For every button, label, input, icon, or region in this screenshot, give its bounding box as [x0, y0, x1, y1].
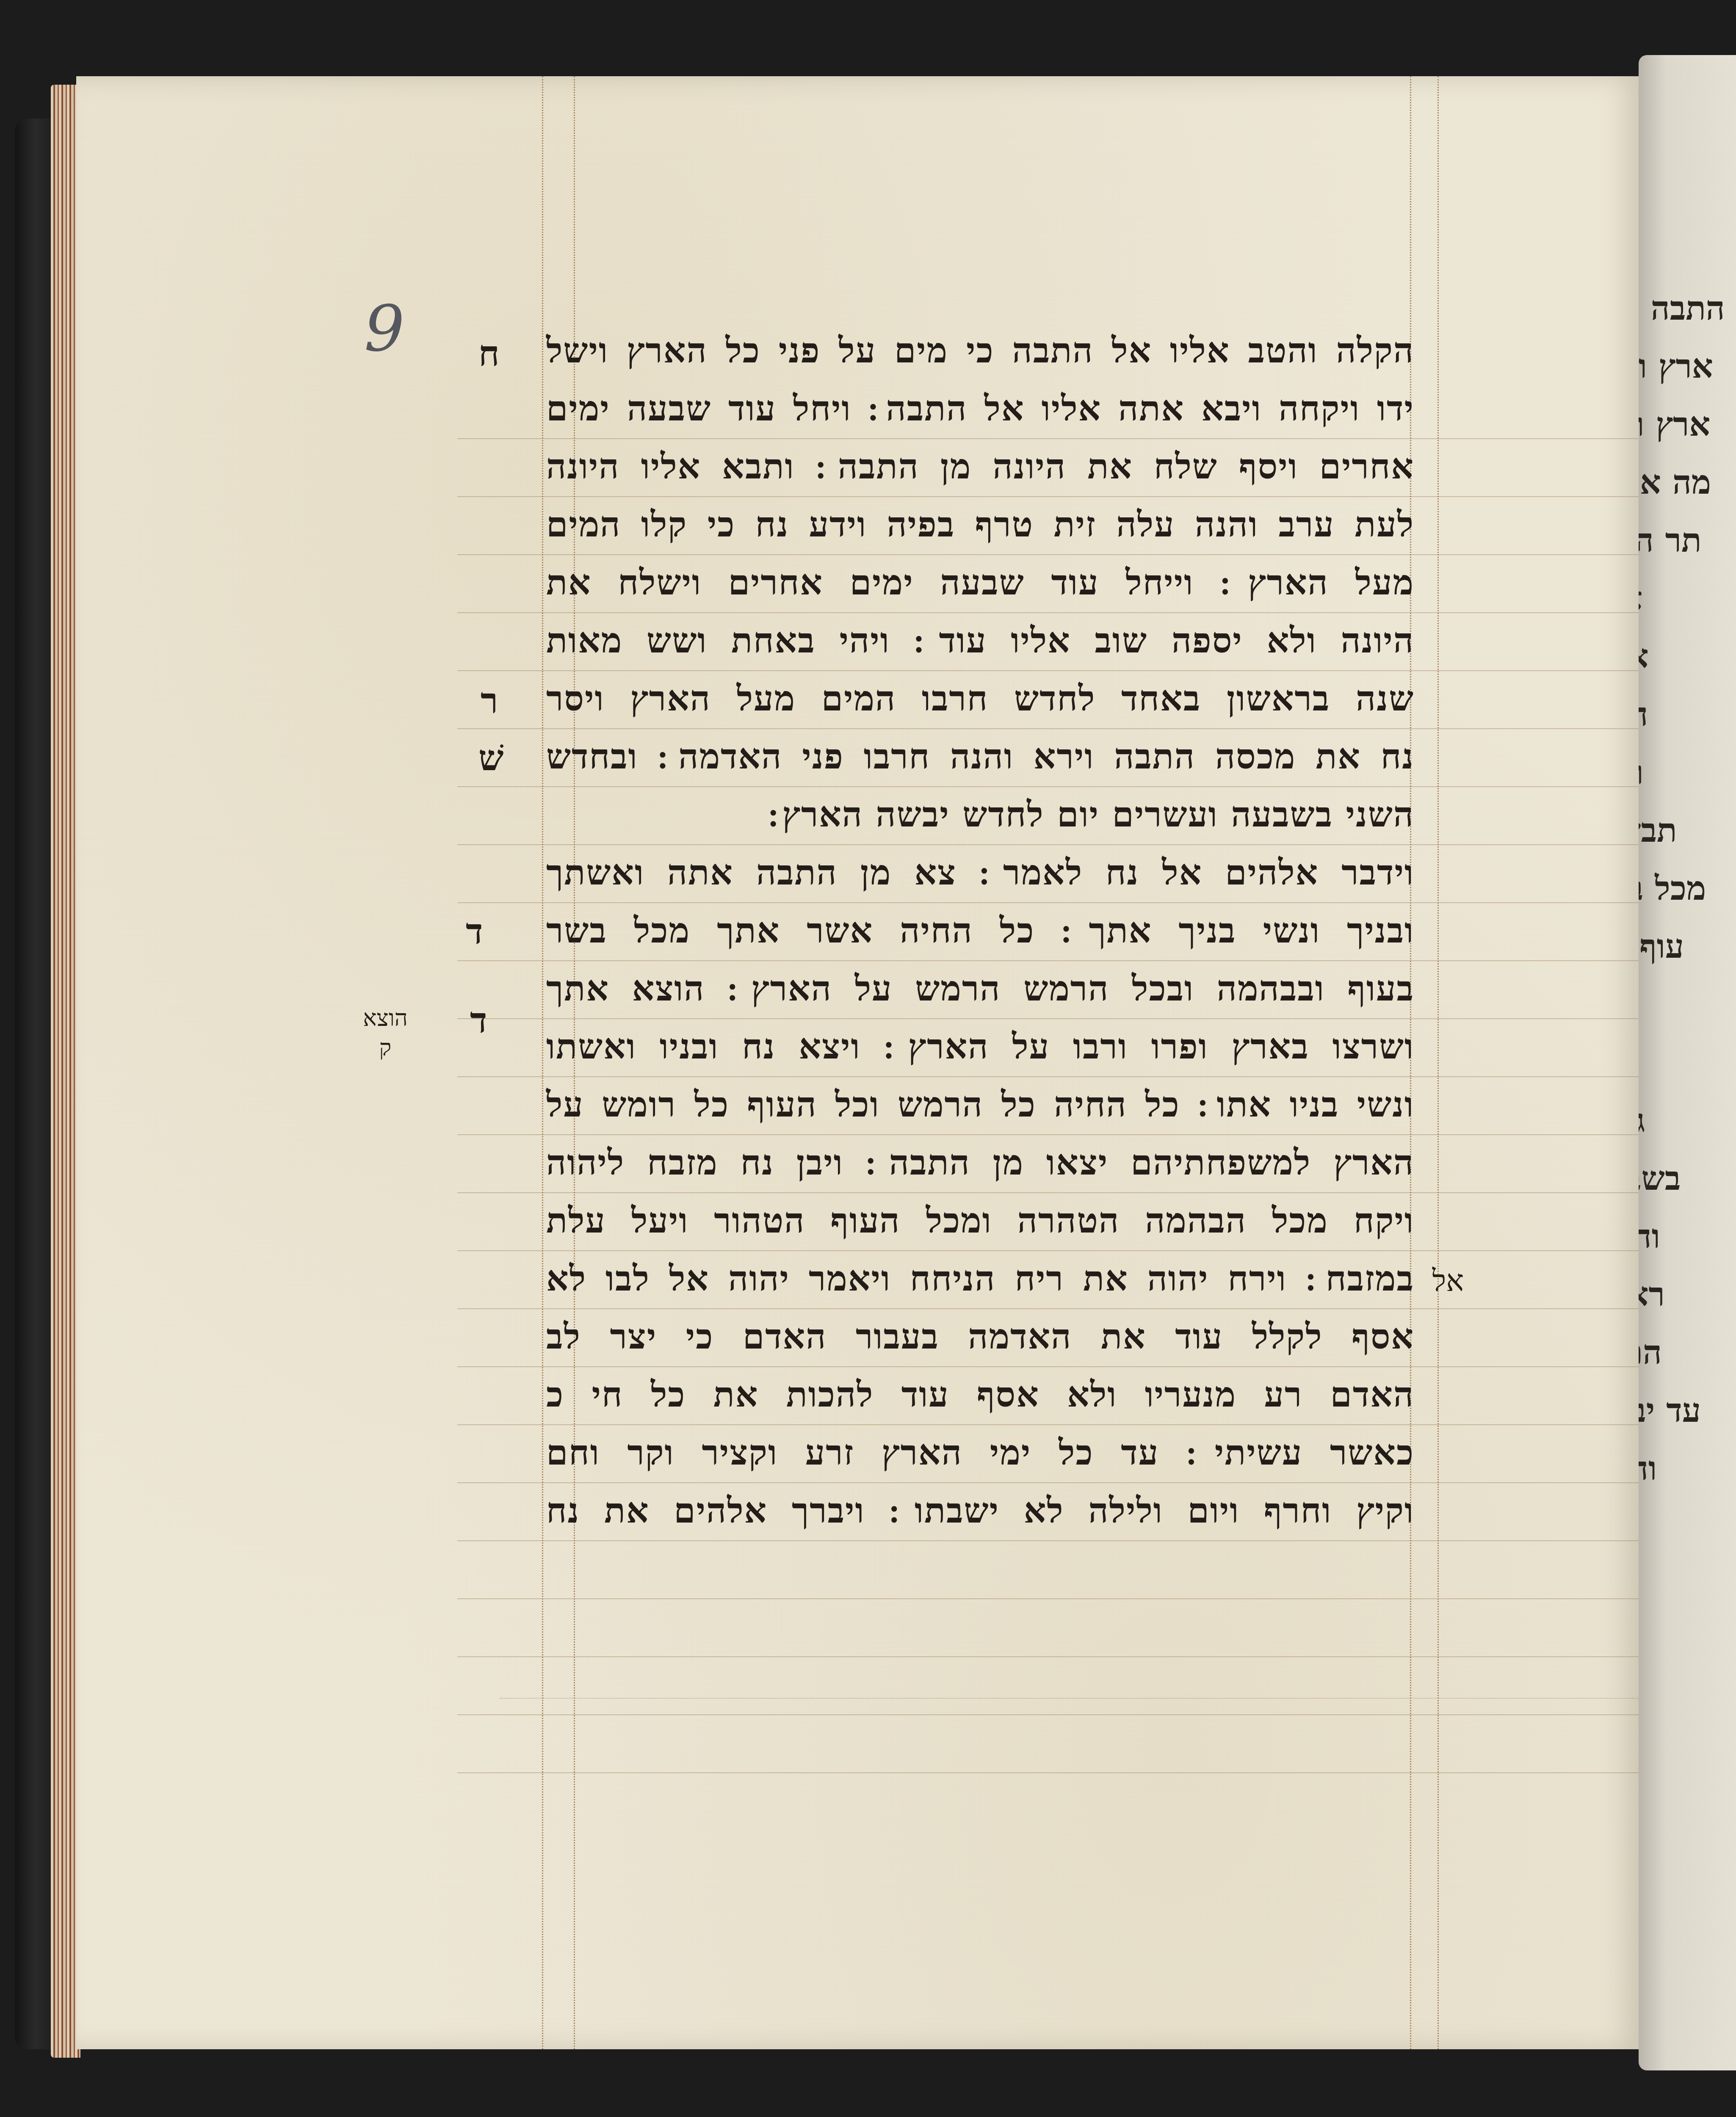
- facing-line: התבה: [1639, 1324, 1736, 1382]
- facing-line: והקול: [1639, 1440, 1736, 1498]
- text-line: לעת ערב והנה עלה זית טרף בפיה וידע נח כי…: [546, 496, 1414, 554]
- facing-line: תבשנה: [1639, 801, 1736, 860]
- margin-note-qere: הוצא ק: [343, 1003, 428, 1063]
- facing-line: עוף ובב: [1639, 918, 1736, 976]
- text-line: הארץ למשפחתיהם יצאו מן התבה ׃ ויבן נח מז…: [546, 1134, 1414, 1192]
- facing-page: התבה וגרב ארץ והלך ארץ ויבש מה אבתב תר ה…: [1639, 55, 1736, 2070]
- facing-line: בני: [1639, 1034, 1736, 1092]
- text-line: וידבר אלהים אל נח לאמר ׃ צא מן התבה אתה …: [546, 844, 1414, 902]
- text-line: במזבח ׃ וירח יהוה את ריח הניחח ויאמר יהו…: [546, 1250, 1414, 1308]
- text-line: ויקח מכל הבהמה הטהרה ומכל העוף הטהור ויע…: [546, 1192, 1414, 1250]
- text-line: ונשי בניו אתו ׃ כל החיה כל הרמש וכל העוף…: [546, 1076, 1414, 1134]
- facing-line: גיעה: [1639, 1092, 1736, 1150]
- text-line: מעל הארץ ׃ וייחל עוד שבעה ימים אחרים ויש…: [546, 554, 1414, 612]
- text-line: אסף לקלל עוד את האדמה בעבור האדם כי יצר …: [546, 1308, 1414, 1366]
- facing-line: ארץ: [1639, 569, 1736, 627]
- facing-line: ראשר: [1639, 1266, 1736, 1324]
- text-line: הקלה והטב אליו אל התבה כי מים על פני כל …: [546, 322, 1414, 380]
- text-line: ושרצו בארץ ופרו ורבו על הארץ ׃ ויצא נח ו…: [546, 1018, 1414, 1076]
- margin-letter: ד: [466, 910, 483, 953]
- facing-line: בניו: [1639, 976, 1736, 1034]
- folio-number: 9: [364, 292, 404, 366]
- margin-letter: שׁ: [478, 737, 503, 779]
- text-line: ובניך ונשי בניך אתך ׃ כל החיה אשר אתך מכ…: [546, 902, 1414, 960]
- text-line: היונה ולא יספה שוב אליו עוד ׃ ויהי באחת …: [546, 612, 1414, 670]
- main-text-column: הקלה והטב אליו אל התבה כי מים על פני כל …: [546, 322, 1414, 1540]
- facing-line: מכל בשר: [1639, 860, 1736, 918]
- margin-note-right: אל: [1414, 1266, 1482, 1296]
- text-line: בעוף ובבהמה ובכל הרמש הרמש על הארץ ׃ הוצ…: [546, 960, 1414, 1018]
- facing-line: תר היונה: [1639, 511, 1736, 569]
- text-line: השני בשבעה ועשרים יום לחדש יבשה הארץ ׃: [546, 786, 1414, 844]
- facing-page-text: התבה וגרב ארץ והלך ארץ ויבש מה אבתב תר ה…: [1639, 279, 1736, 1556]
- text-line: כאשר עשיתי ׃ עד כל ימי הארץ זרע וקציר וק…: [546, 1424, 1414, 1482]
- facing-line: וחמור: [1639, 1208, 1736, 1266]
- facing-line: ויצא: [1639, 743, 1736, 801]
- text-line: שנה בראשון באחד לחדש חרבו המים מעל הארץ …: [546, 670, 1414, 728]
- margin-note-text: הוצא: [343, 1003, 428, 1033]
- margin-letter: ד: [470, 999, 487, 1042]
- facing-line: אשר: [1639, 627, 1736, 685]
- facing-line: ארץ והלך: [1639, 337, 1736, 395]
- text-line: וקיץ וחרף ויום ולילה לא ישבתו ׃ ויברך אל…: [546, 1482, 1414, 1540]
- margin-letter: ר: [481, 680, 498, 722]
- facing-line: מה אבתב: [1639, 453, 1736, 511]
- facing-line: בשבעה: [1639, 1150, 1736, 1208]
- text-line: נח את מכסה התבה וירא והנה חרבו פני האדמה…: [546, 728, 1414, 786]
- facing-line: עד יבשה: [1639, 1382, 1736, 1440]
- ruling-bottom: [500, 1698, 1643, 1699]
- facing-line: ארץ ויבש: [1639, 395, 1736, 453]
- margin-letter: ח: [478, 332, 500, 375]
- text-line: ידו ויקחה ויבא אתה אליו אל התבה ׃ ויחל ע…: [546, 380, 1414, 438]
- text-line: אחרים ויסף שלח את היונה מן התבה ׃ ותבא א…: [546, 438, 1414, 496]
- text-line: האדם רע מנעריו ולא אסף עוד להכות את כל ח…: [546, 1366, 1414, 1424]
- facing-line: ה נה: [1639, 685, 1736, 743]
- margin-note-qere-mark: ק: [343, 1033, 428, 1063]
- facing-line: לכה: [1639, 1498, 1736, 1556]
- facing-line: התבה וגרב: [1639, 279, 1736, 337]
